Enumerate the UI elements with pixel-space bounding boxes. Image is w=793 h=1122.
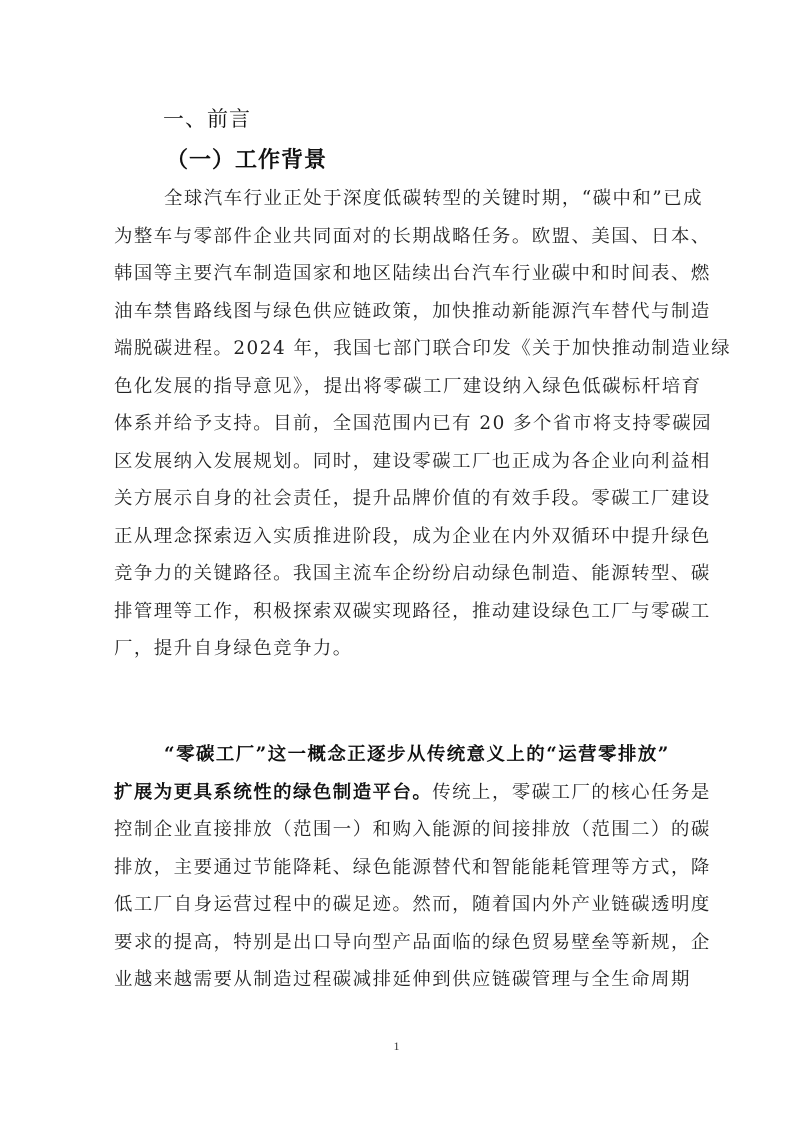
paragraph-line: 厂，提升自身绿色竞争力。 (114, 630, 681, 668)
paragraph-line: 体系并给予支持。目前，全国范围内已有 20 多个省市将支持零碳园 (114, 405, 681, 443)
paragraph-line: 业越来越需要从制造过程碳减排延伸到供应链碳管理与全生命周期 (114, 961, 681, 999)
regular-text: 传统上，零碳工厂的核心任务是 (432, 782, 710, 803)
bold-lead-text: 扩展为更具系统性的绿色制造平台。 (114, 782, 432, 803)
paragraph-line: 油车禁售路线图与绿色供应链政策，加快推动新能源汽车替代与制造 (114, 293, 681, 331)
paragraph-line: 竞争力的关键路径。我国主流车企纷纷启动绿色制造、能源转型、碳 (114, 555, 681, 593)
paragraph-line-mixed: 扩展为更具系统性的绿色制造平台。传统上，零碳工厂的核心任务是 (114, 774, 681, 812)
paragraph-bold-line: “零碳工厂”这一概念正逐步从传统意义上的“运营零排放” (114, 736, 681, 774)
document-page: 一、前言 （一）工作背景 全球汽车行业正处于深度低碳转型的关键时期，“碳中和”已… (0, 0, 793, 1122)
paragraph-line: 排管理等工作，积极探索双碳实现路径，推动建设绿色工厂与零碳工 (114, 593, 681, 631)
paragraph-line: 色化发展的指导意见》，提出将零碳工厂建设纳入绿色低碳标杆培育 (114, 368, 681, 406)
subsection-heading: （一）工作背景 (166, 143, 327, 174)
paragraph-line: 正从理念探索迈入实质推进阶段，成为企业在内外双循环中提升绿色 (114, 518, 681, 556)
paragraph-line: 区发展纳入发展规划。同时，建设零碳工厂也正成为各企业向利益相 (114, 443, 681, 481)
section-heading: 一、前言 (163, 103, 251, 133)
paragraph-line: 韩国等主要汽车制造国家和地区陆续出台汽车行业碳中和时间表、燃 (114, 255, 681, 293)
paragraph-work-background: 全球汽车行业正处于深度低碳转型的关键时期，“碳中和”已成 为整车与零部件企业共同… (114, 180, 681, 668)
paragraph-line: 端脱碳进程。2024 年，我国七部门联合印发《关于加快推动制造业绿 (114, 330, 681, 368)
paragraph-line: 排放，主要通过节能降耗、绿色能源替代和智能能耗管理等方式，降 (114, 849, 681, 887)
paragraph-line: 关方展示自身的社会责任，提升品牌价值的有效手段。零碳工厂建设 (114, 480, 681, 518)
paragraph-line: 要求的提高，特别是出口导向型产品面临的绿色贸易壁垒等新规，企 (114, 924, 681, 962)
paragraph-line: 为整车与零部件企业共同面对的长期战略任务。欧盟、美国、日本、 (114, 218, 681, 256)
paragraph-zero-carbon-factory: “零碳工厂”这一概念正逐步从传统意义上的“运营零排放” 扩展为更具系统性的绿色制… (114, 736, 681, 999)
page-number: 1 (0, 1039, 793, 1054)
paragraph-line: 控制企业直接排放（范围一）和购入能源的间接排放（范围二）的碳 (114, 811, 681, 849)
paragraph-line: 全球汽车行业正处于深度低碳转型的关键时期，“碳中和”已成 (114, 180, 681, 218)
paragraph-line: 低工厂自身运营过程中的碳足迹。然而，随着国内外产业链碳透明度 (114, 886, 681, 924)
